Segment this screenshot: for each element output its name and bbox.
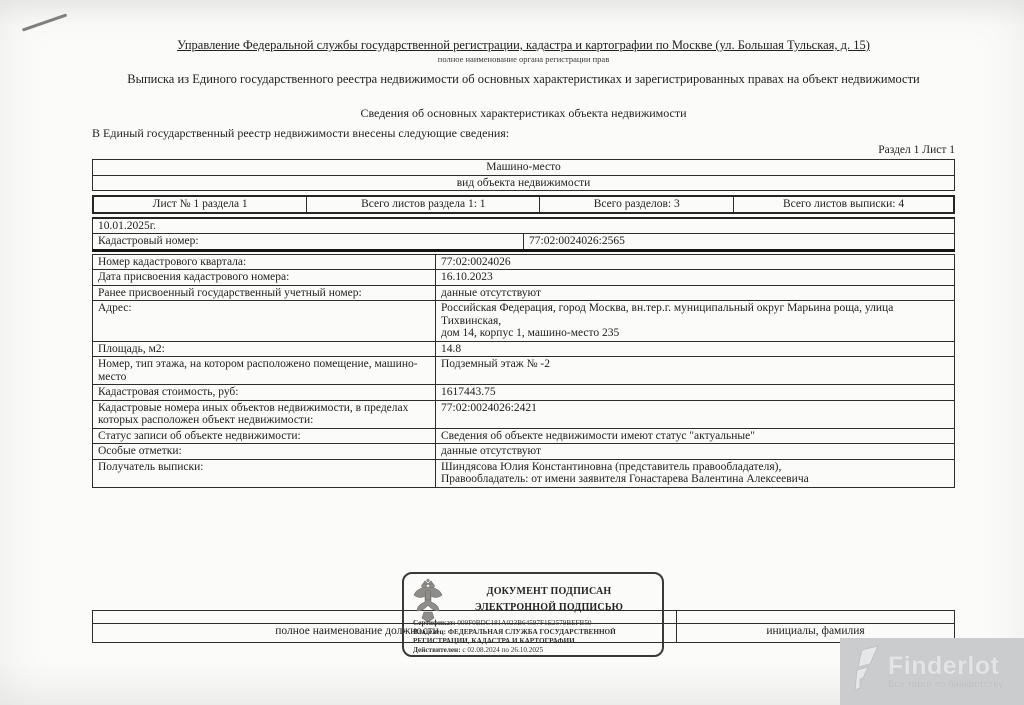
row-value: данные отсутствуют (436, 444, 955, 460)
validity-value: с 02.08.2024 по 26.10.2025 (462, 646, 543, 654)
registration-authority-caption: полное наименование органа регистрации п… (92, 54, 955, 64)
validity-label: Действителен: (413, 646, 461, 654)
table-row: Кадастровые номера иных объектов недвижи… (93, 400, 955, 428)
watermark-brand: Finderlot (888, 654, 1003, 678)
row-value: 16.10.2023 (436, 270, 955, 286)
sheet-number-cell: Лист № 1 раздела 1 (93, 196, 307, 213)
registry-header-table: 10.01.2025г. Кадастровый номер: 77:02:00… (92, 217, 955, 252)
watermark-text: Finderlot Все торги по банкротству (888, 654, 1003, 689)
extract-date: 10.01.2025г. (93, 218, 955, 234)
section-sheet-reference: Раздел 1 Лист 1 (92, 144, 955, 156)
certificate-label: Сертификат: (413, 619, 456, 627)
finderlot-watermark: Finderlot Все торги по банкротству (840, 638, 1024, 705)
finderlot-logo-icon (848, 644, 884, 699)
owner-label: Владелец: (413, 628, 446, 636)
object-type-table: Машино-место вид объекта недвижимости (92, 159, 955, 191)
document-content: Управление Федеральной службы государств… (92, 0, 955, 643)
table-row: Площадь, м2:14.8 (93, 341, 955, 357)
row-value: Шиндясова Юлия Константиновна (представи… (436, 459, 955, 487)
row-value: 77:02:0024026 (436, 254, 955, 270)
stamp-certificate-lines: Сертификат: 009F0BDC181A023B64597F1E2579… (413, 619, 655, 655)
row-label: Кадастровые номера иных объектов недвижи… (93, 400, 436, 428)
table-row: Номер кадастрового квартала:77:02:002402… (93, 254, 955, 270)
owner-line: Владелец: ФЕДЕРАЛЬНАЯ СЛУЖБА ГОСУДАРСТВЕ… (413, 628, 655, 646)
document-title: Выписка из Единого государственного реес… (92, 72, 955, 87)
row-value: 77:02:0024026:2421 (436, 400, 955, 428)
table-row: Статус записи об объекте недвижимости:Св… (93, 428, 955, 444)
registration-authority-name: Управление Федеральной службы государств… (92, 38, 955, 53)
row-label: Адрес: (93, 301, 436, 342)
total-sections-cell: Всего разделов: 3 (540, 196, 734, 213)
row-value: Подземный этаж № -2 (436, 357, 955, 385)
table-row: Ранее присвоенный государственный учетны… (93, 285, 955, 301)
stamp-title-line2: ЭЛЕКТРОННОЙ ПОДПИСЬЮ (446, 602, 652, 613)
pen-mark (22, 13, 67, 31)
row-value: Российская Федерация, город Москва, вн.т… (436, 301, 955, 342)
table-row: Дата присвоения кадастрового номера:16.1… (93, 270, 955, 286)
row-label: Кадастровая стоимость, руб: (93, 385, 436, 401)
scanned-egrn-extract-page: Управление Федеральной службы государств… (0, 0, 1024, 705)
row-label: Получатель выписки: (93, 459, 436, 487)
row-label: Статус записи об объекте недвижимости: (93, 428, 436, 444)
certificate-value: 009F0BDC181A023B64597F1E2579BEFB50 (457, 619, 591, 627)
table-row: Адрес:Российская Федерация, город Москва… (93, 301, 955, 342)
total-extract-sheets-cell: Всего листов выписки: 4 (734, 196, 954, 213)
watermark-tagline: Все торги по банкротству (888, 679, 1003, 689)
row-value: данные отсутствуют (436, 285, 955, 301)
row-label: Дата присвоения кадастрового номера: (93, 270, 436, 286)
row-label: Номер кадастрового квартала: (93, 254, 436, 270)
table-row: Номер, тип этажа, на котором расположено… (93, 357, 955, 385)
object-details-table: Номер кадастрового квартала:77:02:002402… (92, 254, 955, 488)
object-type-caption: вид объекта недвижимости (93, 175, 955, 191)
table-row: Кадастровая стоимость, руб:1617443.75 (93, 385, 955, 401)
stamp-title-line1: ДОКУМЕНТ ПОДПИСАН (446, 586, 652, 597)
validity-line: Действителен: с 02.08.2024 по 26.10.2025 (413, 646, 655, 655)
row-label: Площадь, м2: (93, 341, 436, 357)
section-title: Сведения об основных характеристиках объ… (92, 106, 955, 121)
sheets-summary-table: Лист № 1 раздела 1 Всего листов раздела … (92, 195, 955, 214)
row-value: 14.8 (436, 341, 955, 357)
total-section-sheets-cell: Всего листов раздела 1: 1 (307, 196, 540, 213)
row-label: Номер, тип этажа, на котором расположено… (93, 357, 436, 385)
table-row: Получатель выписки:Шиндясова Юлия Конста… (93, 459, 955, 487)
certificate-line: Сертификат: 009F0BDC181A023B64597F1E2579… (413, 619, 655, 628)
object-type-value: Машино-место (93, 160, 955, 176)
row-label: Ранее присвоенный государственный учетны… (93, 285, 436, 301)
table-row: Особые отметки:данные отсутствуют (93, 444, 955, 460)
intro-line: В Единый государственный реестр недвижим… (92, 126, 955, 141)
row-value: 1617443.75 (436, 385, 955, 401)
signature-line-right (677, 610, 955, 623)
cadastral-number-value: 77:02:0024026:2565 (524, 234, 955, 251)
cadastral-number-label: Кадастровый номер: (93, 234, 524, 251)
row-label: Особые отметки: (93, 444, 436, 460)
digital-signature-stamp: ДОКУМЕНТ ПОДПИСАН ЭЛЕКТРОННОЙ ПОДПИСЬЮ С… (402, 572, 664, 657)
row-value: Сведения об объекте недвижимости имеют с… (436, 428, 955, 444)
